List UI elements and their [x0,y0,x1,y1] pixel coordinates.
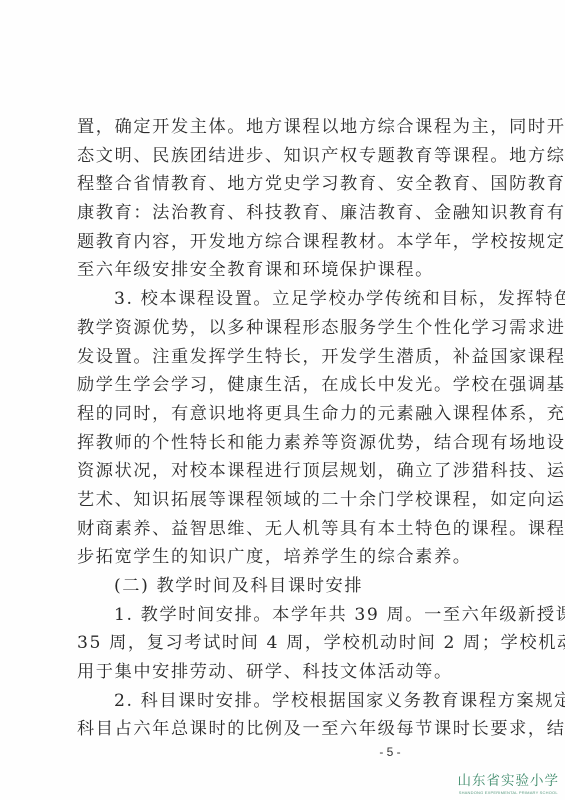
paragraph-heading-school-curriculum: 3. 校本课程设置。立足学校办学传统和目标，发挥特色教育 [77,285,497,314]
text-line: 35 周，复习考试时间 4 周，学校机动时间 2 周；学校机动时间 [77,629,497,658]
paragraph-heading-subject-hours: 2. 科目课时安排。学校根据国家义务教育课程方案规定的各 [77,687,497,716]
text-line: 用于集中安排劳动、研学、科技文体活动等。 [77,658,497,687]
document-page: 置，确定开发主体。地方课程以地方综合课程为主，同时开设生 态文明、民族团结进步、… [0,0,565,800]
logo-name-en: SHANDONG EXPERIMENTAL PRIMARY SCHOOL [458,790,560,795]
text-line: 题教育内容，开发地方综合课程教材。本学年，学校按规定在三 [77,228,497,257]
paragraph-heading-teaching-schedule: 1. 教学时间安排。本学年共 39 周。一至六年级新授课时间 [77,601,497,630]
text-line: 挥教师的个性特长和能力素养等资源优势，结合现有场地设施等 [77,429,497,458]
text-line: 教学资源优势，以多种课程形态服务学生个性化学习需求进行开 [77,314,497,343]
school-logo: 山东省实验小学 SHANDONG EXPERIMENTAL PRIMARY SC… [458,769,560,795]
logo-name-cn: 山东省实验小学 [458,769,560,789]
text-line: 资源状况，对校本课程进行顶层规划，确立了涉猎科技、运动、 [77,457,497,486]
text-line: 程整合省情教育、地方党史学习教育、安全教育、国防教育、健 [77,170,497,199]
section-heading-teaching-time: (二) 教学时间及科目课时安排 [77,572,497,601]
text-line: 程的同时，有意识地将更具生命力的元素融入课程体系，充分发 [77,400,497,429]
text-line: 步拓宽学生的知识广度，培养学生的综合素养。 [77,543,497,572]
text-line: 态文明、民族团结进步、知识产权专题教育等课程。地方综合课 [77,142,497,171]
text-line: 至六年级安排安全教育课和环境保护课程。 [77,256,497,285]
text-line: 发设置。注重发挥学生特长，开发学生潜质，补益国家课程，鼓 [77,343,497,372]
text-line: 艺术、知识拓展等课程领域的二十余门学校课程，如定向运动、 [77,486,497,515]
text-line: 财商素养、益智思维、无人机等具有本土特色的课程。课程进一 [77,515,497,544]
text-line: 励学生学会学习，健康生活，在成长中发光。学校在强调基础课 [77,371,497,400]
text-line: 置，确定开发主体。地方课程以地方综合课程为主，同时开设生 [77,113,497,142]
text-line: 科目占六年总课时的比例及一至六年级每节课时长要求，结合学 [77,715,497,744]
page-number: - 5 - [0,745,565,759]
body-text: 置，确定开发主体。地方课程以地方综合课程为主，同时开设生 态文明、民族团结进步、… [77,113,497,744]
text-line: 康教育：法治教育、科技教育、廉洁教育、金融知识教育有等专 [77,199,497,228]
